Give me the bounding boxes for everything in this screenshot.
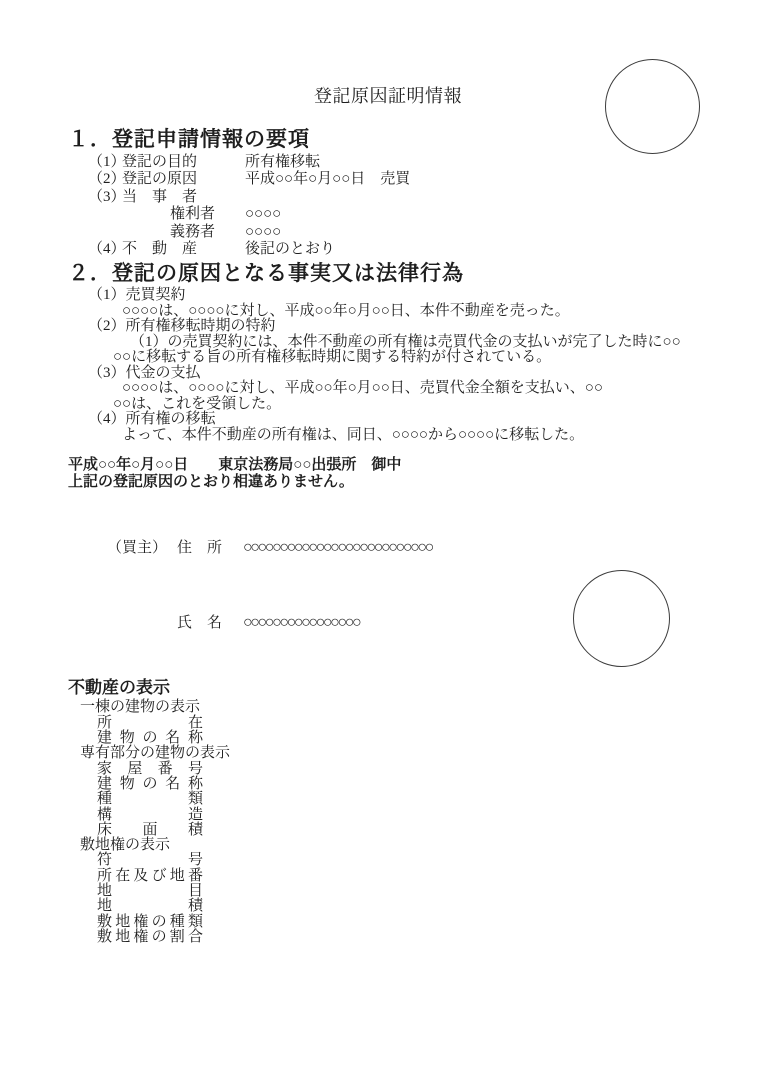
row-label: 義務者 [170,224,245,241]
property-field-label: 床面積 [97,823,203,838]
property-field-row: 地積 [68,899,708,914]
clause-ownership-transfer-special-agreement: （2）所有権移転時期の特約 （1）の売買契約には、本件不動産の所有権は売買代金の… [68,319,708,366]
property-field-row: 床面積 [68,823,708,838]
clause-title: （2）所有権移転時期の特約 [68,319,708,335]
property-field-label: 敷地権の種類 [97,915,203,930]
section2-heading: ２．登記の原因となる事実又は法律行為 [68,262,708,286]
clause-payment: （3）代金の支払 ○○○○は、○○○○に対し、平成○○年○月○○日、売買代金全額… [68,366,708,413]
row-label: 当 事 者 [122,189,245,206]
property-field-row: 所在 [68,716,708,731]
clause-text: ○○○○は、○○○○に対し、平成○○年○月○○日、売買代金全額を支払い、○○ [68,381,708,397]
buyer-role-label: （買主） [107,539,177,557]
property-field-label: 地目 [97,884,203,899]
clause-sale-contract: （1）売買契約 ○○○○は、○○○○に対し、平成○○年○月○○日、本件不動産を売… [68,288,708,319]
property-field-label: 地積 [97,899,203,914]
row-number: （4） [88,241,122,258]
property-field-label: 種類 [97,792,203,807]
name-label: 氏 名 [177,614,222,632]
name-placeholder-value: ○○○○○○○○○○○○○○○○ [243,614,359,631]
stamp-circle-icon [605,59,700,154]
property-field-label: 符号 [97,853,203,868]
property-field-row: 符号 [68,853,708,868]
form-row-registration-purpose: （1）登記の目的所有権移転 [68,154,708,171]
property-group-exclusive-part: 専有部分の建物の表示 [68,746,708,761]
property-field-row: 地目 [68,884,708,899]
row-label: 不 動 産 [122,241,245,258]
property-field-row: 敷地権の種類 [68,915,708,930]
property-list: 一棟の建物の表示 所在 建物の名称 専有部分の建物の表示 家屋番号 建物の名称 … [68,700,708,945]
property-field-row: 敷地権の割合 [68,930,708,945]
row-value: 所有権移転 [245,154,320,170]
property-field-row: 所在及び地番 [68,869,708,884]
property-group-whole-building: 一棟の建物の表示 [68,700,708,715]
clause-text: ○○に移転する旨の所有権移転時期に関する特約が付されている。 [68,350,708,366]
row-label: 登記の原因 [122,171,245,188]
clause-text: よって、本件不動産の所有権は、同日、○○○○から○○○○に移転した。 [68,428,708,444]
row-value: 後記のとおり [245,241,335,257]
row-value: 平成○○年○月○○日 売買 [245,171,410,187]
property-field-row: 家屋番号 [68,762,708,777]
property-field-label: 構造 [97,808,203,823]
buyer-address-row: （買主）住 所○○○○○○○○○○○○○○○○○○○○○○○○○○ [68,539,708,557]
property-field-label: 建物の名称 [97,777,203,792]
row-number: （3） [88,189,122,206]
form-row-obligor: 義務者○○○○ [68,224,708,241]
row-number: （1） [88,154,122,171]
section2-list: （1）売買契約 ○○○○は、○○○○に対し、平成○○年○月○○日、本件不動産を売… [68,288,708,443]
property-field-label: 所在及び地番 [97,869,203,884]
attestation-statement: 上記の登記原因のとおり相違ありません。 [68,474,708,491]
section1-list: （1）登記の目的所有権移転 （2）登記の原因平成○○年○月○○日 売買 （3）当… [68,154,708,258]
property-field-row: 構造 [68,808,708,823]
stamp-circle-icon [573,570,670,667]
address-label: 住 所 [177,539,222,557]
row-value: ○○○○ [245,206,281,222]
form-row-rights-holder: 権利者○○○○ [68,206,708,223]
clause-ownership-transferred: （4）所有権の移転 よって、本件不動産の所有権は、同日、○○○○から○○○○に移… [68,412,708,443]
row-value: ○○○○ [245,224,281,240]
property-field-row: 建物の名称 [68,777,708,792]
form-row-parties: （3）当 事 者 [68,189,708,206]
attestation-block: 平成○○年○月○○日 東京法務局○○出張所 御中 上記の登記原因のとおり相違あり… [68,457,708,490]
row-label: 権利者 [170,206,245,223]
address-placeholder-value: ○○○○○○○○○○○○○○○○○○○○○○○○○○ [243,539,432,556]
row-number: （2） [88,171,122,188]
property-field-row: 種類 [68,792,708,807]
property-field-label: 家屋番号 [97,762,203,777]
date-and-office-line: 平成○○年○月○○日 東京法務局○○出張所 御中 [68,457,708,474]
row-label: 登記の目的 [122,154,245,171]
clause-title: （1）売買契約 [68,288,708,304]
property-field-label: 所在 [97,716,203,731]
document-page: 登記原因証明情報 １．登記申請情報の要項 （1）登記の目的所有権移転 （2）登記… [0,0,768,1086]
form-row-real-estate: （4）不 動 産後記のとおり [68,241,708,258]
form-row-registration-cause: （2）登記の原因平成○○年○月○○日 売買 [68,171,708,188]
property-section-heading: 不動産の表示 [68,679,708,696]
property-field-label: 敷地権の割合 [97,930,203,945]
clause-title: （4）所有権の移転 [68,412,708,428]
